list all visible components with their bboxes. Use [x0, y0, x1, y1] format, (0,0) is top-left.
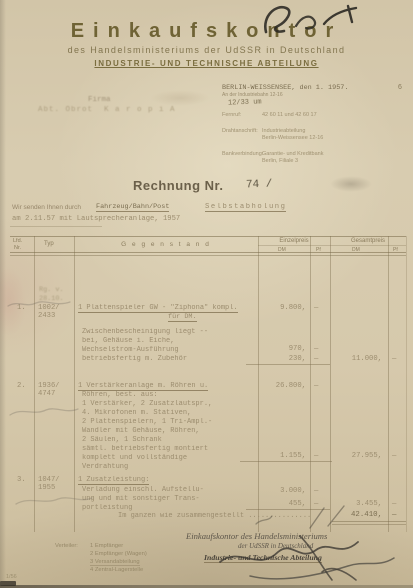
pencil-margin-note: [6, 296, 74, 312]
row1-title: 1 Plattenspieler GW - "Ziphona" kompl.: [78, 304, 238, 313]
signature-scribble: [180, 528, 410, 586]
invoice-label: Rechnung Nr.: [133, 178, 224, 193]
verteiler-label: Verteiler:: [55, 543, 78, 549]
row1-unit-pf: —: [314, 304, 318, 312]
col-header-lfd: Lfd.: [13, 238, 22, 244]
row2-desc-7: sämtl. betriebsfertig montiert: [82, 445, 208, 453]
col-header-einzelpreis: Einzelpreis: [258, 238, 330, 244]
sub-header-pf-1: Pf: [316, 247, 321, 253]
row2-title: 1 Verstärkeranlage m. Röhren u.: [78, 382, 208, 391]
sub-header-dm-2: DM: [352, 247, 360, 253]
row3-desc-2: ung und mit sonstiger Trans-: [82, 495, 200, 503]
row1-addition-2-pf: —: [314, 355, 318, 363]
row1-addition-1-pf: —: [314, 345, 318, 353]
row1-desc-2: bei, Gehäuse i. Eiche,: [82, 337, 174, 345]
corner-note: 1/56: [6, 574, 17, 580]
shipping-line2: am 2.11.57 mit Lautsprecheranlage, 1957: [12, 215, 180, 223]
recipient-line1: Firma: [88, 96, 111, 104]
contact-label-bank: Bankverbindung:: [222, 151, 263, 157]
row1-unit-price: 9.800,: [250, 304, 306, 312]
row2-desc-5: Wandler mit Gehäuse, Röhren,: [82, 427, 200, 435]
row2-addition-1: 1.155,: [250, 452, 306, 460]
row2-desc-6: 2 Säulen, 1 Schrank: [82, 436, 162, 444]
scan-edge-mark: [0, 581, 16, 586]
contact-value-draht-1: Industrieabteilung: [262, 128, 305, 134]
sub-header-pf-2: Pf: [393, 247, 398, 253]
recipient-line2: Abt. Obrot K a r o p i A: [38, 106, 176, 114]
col-header-nr: Nr.: [14, 245, 21, 251]
pencil-margin-note: [8, 404, 80, 420]
row2-typ1: 1936/: [38, 382, 60, 390]
row3-typ2: 1955: [38, 484, 55, 492]
contact-label-draht: Drahtanschrift:: [222, 128, 258, 134]
verteiler-item-2: 2 Empfänger (Wagen): [90, 551, 147, 557]
shipping-prefix: Wir senden Ihnen durch: [12, 204, 81, 211]
paper-stain: [150, 90, 210, 106]
row1-total-pf: —: [392, 355, 396, 363]
street-line: An der Industriebahn 12-16: [222, 92, 283, 98]
col-header-typ: Typ: [44, 241, 54, 247]
table-column-rule: [74, 236, 75, 532]
row2-unit-pf: —: [314, 382, 318, 390]
row2-total-pf: —: [392, 452, 396, 460]
contact-value-fernruf: 42 60 11 und 42 60 17: [262, 112, 317, 118]
row2-desc-9: Verdrahtung: [82, 463, 128, 471]
row3-nr: 3.: [17, 476, 26, 484]
scanned-invoice-document: Einkaufskontor des Handelsministeriums d…: [0, 0, 413, 588]
typ-prenote-1: Rg. v.: [39, 286, 63, 294]
table-top-rule: [10, 236, 406, 237]
table-header-rule-2: [10, 255, 406, 256]
row3-unit-pf: —: [314, 487, 318, 495]
contact-value-bank-1: Garantie- und Kreditbank: [262, 151, 323, 157]
verteiler-item-1: 1 Empfänger: [90, 543, 123, 549]
col-header-gegenstand: G e g e n s t a n d: [74, 241, 258, 248]
table-column-rule: [330, 236, 331, 532]
row1-addition-1: 970,: [250, 345, 306, 353]
row1-desc-3: Wechselstrom-Ausführung: [82, 346, 179, 354]
shipping-underline: [10, 226, 102, 227]
contact-value-bank-2: Berlin, Filiale 3: [262, 158, 298, 164]
table-column-rule: [310, 236, 311, 532]
row2-unit-price: 26.800,: [250, 382, 306, 390]
row3-typ1: 1047/: [38, 476, 60, 484]
row1-desc-1: Zwischenbescheinigung liegt --: [82, 328, 208, 336]
pencil-margin-note: [14, 492, 94, 510]
row3-unit-price: 3.000,: [250, 487, 306, 495]
row2-desc-1: Röhren, best. aus:: [82, 391, 158, 399]
row2-desc-4: 2 Plattenspielern, 1 Tri-Ampl.-: [82, 418, 212, 426]
handwritten-scribble: [252, 2, 372, 42]
row2-desc-3: 4. Mikrofonen m. Stativen,: [82, 409, 191, 417]
row1-total: 11.000,: [332, 355, 382, 363]
invoice-number: 74 /: [246, 179, 273, 192]
company-subtitle: des Handelsministeriums der UdSSR in Deu…: [0, 45, 413, 55]
row2-addition-1-pf: —: [314, 452, 318, 460]
contact-value-draht-2: Berlin-Weissensee 12-16: [262, 135, 323, 141]
row1-title2: für DM.: [168, 313, 197, 322]
place-date-line: BERLIN-WEISSENSEE, den 1. 1957.: [222, 84, 348, 92]
row1-sum-underline: [246, 364, 330, 365]
verteiler-item-3: 3 Versandabteilung: [90, 559, 140, 566]
time-note: 12/33 um: [228, 98, 262, 107]
shipping-method: Selbstabholung: [205, 203, 286, 212]
sheet-number: 6: [398, 84, 402, 91]
verteiler-item-4: 4 Zentral-Lagerstelle: [90, 567, 143, 573]
row1-desc-4: betriebsfertig m. Zubehör: [82, 355, 187, 363]
row2-sum-underline: [240, 461, 332, 462]
row1-addition-2: 230,: [250, 355, 306, 363]
department-line: INDUSTRIE- UND TECHNISCHE ABTEILUNG: [0, 59, 413, 68]
row3-title: 1 Zusatzleistung:: [78, 476, 149, 485]
row2-total: 27.955,: [332, 452, 382, 460]
row2-typ2: 4747: [38, 390, 55, 398]
table-column-rule: [388, 236, 389, 532]
row3-desc-1: Verladung einschl. Aufstellu-: [82, 486, 204, 494]
row2-nr: 2.: [17, 382, 26, 390]
shipping-mode: Fahrzeug/Bahn/Post: [96, 203, 169, 212]
contact-label-fernruf: Fernruf:: [222, 112, 241, 118]
table-header-rule-1: [10, 252, 406, 253]
row1-typ2: 2433: [38, 312, 55, 320]
col-header-gesamtpreis: Gesamtpreis: [330, 238, 406, 244]
table-column-rule: [406, 236, 407, 532]
table-column-rule: [34, 236, 35, 532]
row2-desc-8: komplett und vollständige: [82, 454, 187, 462]
paper-stain: [330, 176, 372, 192]
row2-desc-2: 1 Verstärker, 2 Zusatzlautspr.,: [82, 400, 212, 408]
sub-header-dm-1: DM: [278, 247, 286, 253]
scan-edge-left: [0, 0, 6, 588]
